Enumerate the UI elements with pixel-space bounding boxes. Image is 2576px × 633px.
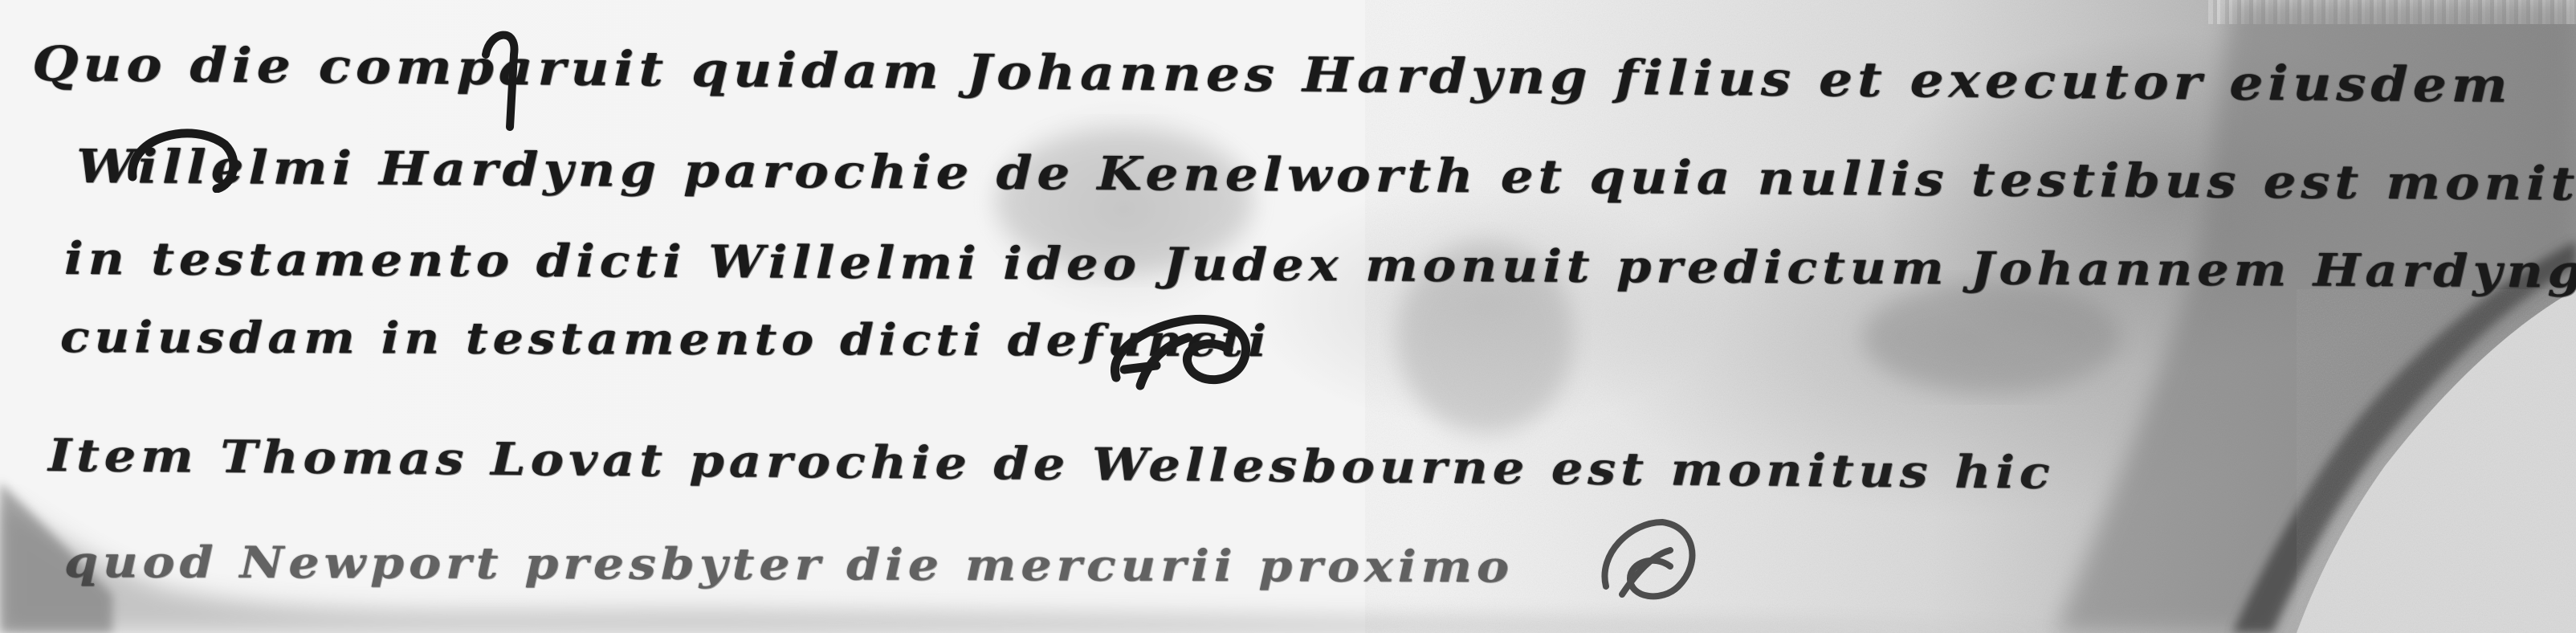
- manuscript-line-4: cuiusdam in testamento dicti defuncti: [60, 312, 1271, 367]
- manuscript-line-6: quod Newport presbyter die mercurii prox…: [64, 537, 1514, 593]
- scan-top-edge: [2208, 0, 2576, 24]
